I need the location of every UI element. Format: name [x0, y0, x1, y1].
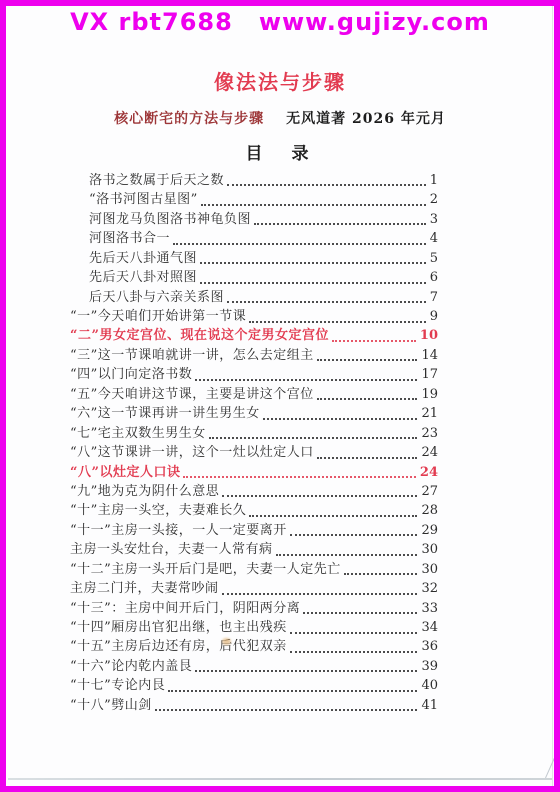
toc-row: “洛书河图古星图” 2	[70, 190, 438, 209]
toc-row: “十四”厢房出官犯出继，也主出残疾 34	[70, 618, 438, 637]
toc-row: “八”以灶定人口诀 24	[70, 463, 438, 482]
page-title: 像法法与步骤	[6, 66, 554, 95]
dot-leader	[209, 437, 418, 439]
toc-entry-label: “洛书河图古星图”	[89, 190, 198, 209]
toc-row: “三”这一节课咱就讲一讲，怎么去定组主 14	[70, 346, 438, 365]
dot-leader	[317, 398, 418, 400]
toc-entry-label: “五”今天咱讲这节课，主要是讲这个宫位	[70, 385, 314, 404]
dot-leader	[290, 534, 418, 536]
toc-row: “九”地为克为阴什么意思 27	[70, 482, 438, 501]
toc-row: “五”今天咱讲这节课，主要是讲这个宫位 19	[70, 385, 438, 404]
toc-entry-page: 4	[430, 229, 438, 248]
dot-leader	[276, 554, 418, 556]
toc-entry-page: 30	[421, 560, 438, 579]
toc-entry-page: 30	[421, 540, 438, 559]
toc-entry-label: “十一”主房一头接，一人一定要离开	[70, 521, 287, 540]
dot-leader	[155, 709, 418, 711]
toc-entry-label: “一”今天咱们开始讲第一节课	[70, 307, 246, 326]
dot-leader	[344, 573, 418, 575]
dot-leader	[317, 457, 418, 459]
toc-entry-label: 先后天八卦通气图	[89, 249, 197, 268]
toc-row: “四”以门向定洛书数 17	[70, 365, 438, 384]
toc-entry-page: 33	[421, 599, 438, 618]
scanned-page: { "watermark": { "prefix": "VX rbt7688",…	[0, 0, 560, 792]
toc-row: “一”今天咱们开始讲第一节课 9	[70, 307, 438, 326]
toc-entry-page: 10	[420, 326, 438, 345]
dot-leader	[290, 632, 418, 634]
toc-entry-label: 主房一头安灶台，夫妻一人常有病	[70, 540, 273, 559]
dot-leader	[195, 670, 417, 672]
dot-leader	[317, 359, 418, 361]
toc-entry-label: “三”这一节课咱就讲一讲，怎么去定组主	[70, 346, 314, 365]
toc-entry-page: 24	[421, 443, 438, 462]
toc-entry-label: “九”地为克为阴什么意思	[70, 482, 219, 501]
toc-row: “十五”主房后边还有房，后代犯双亲 36	[70, 638, 438, 657]
toc-row: 河图洛书合一 4	[70, 229, 438, 248]
toc-heading: 目 录	[6, 139, 554, 164]
toc-entry-page: 39	[421, 657, 438, 676]
toc-row: “八”这节课讲一讲，这个一灶以灶定人口 24	[70, 443, 438, 462]
scan-smudge	[222, 638, 231, 645]
toc-entry-page: 9	[430, 307, 438, 326]
toc-row: “二”男女定宫位、现在说这个定男女定宫位 10	[70, 327, 438, 346]
watermark-vx-id: VX rbt7688	[70, 8, 233, 36]
toc-entry-label: “十二”主房一头开后门是吧，夫妻一人定先亡	[70, 560, 341, 579]
toc-row: “十一”主房一头接，一人一定要离开 29	[70, 521, 438, 540]
toc-entry-page: 6	[430, 268, 438, 287]
toc-entry-page: 23	[421, 424, 438, 443]
toc-entry-page: 21	[421, 404, 438, 423]
toc-entry-page: 40	[421, 676, 438, 695]
toc-row: “十八”劈山剑 41	[70, 696, 438, 715]
toc-row: 主房一头安灶台，夫妻一人常有病 30	[70, 540, 438, 559]
toc-row: 后天八卦与六亲关系图 7	[70, 288, 438, 307]
toc-entry-label: “十六”论内乾内盖艮	[70, 657, 192, 676]
toc-row: “十七”专论内艮 40	[70, 676, 438, 695]
toc-entry-label: “十八”劈山剑	[70, 696, 152, 715]
toc-row: “十二”主房一头开后门是吧，夫妻一人定先亡 30	[70, 560, 438, 579]
toc-entry-label: “十四”厢房出官犯出继，也主出残疾	[70, 618, 287, 637]
dot-leader	[303, 612, 417, 614]
dot-leader	[201, 204, 426, 206]
dot-leader	[263, 418, 418, 420]
toc-entry-page: 17	[421, 365, 438, 384]
toc-entry-page: 1	[430, 171, 438, 190]
toc-list: 洛书之数属于后天之数 1 “洛书河图古星图” 2 河图龙马负图洛书神龟负图 3 …	[70, 171, 438, 715]
toc-row: 先后天八卦通气图 5	[70, 249, 438, 268]
toc-entry-page: 24	[420, 463, 438, 482]
watermark-site-url: www.gujizy.com	[259, 8, 490, 36]
toc-entry-page: 7	[430, 288, 438, 307]
dot-leader	[249, 515, 417, 517]
toc-entry-page: 3	[430, 210, 438, 229]
toc-entry-page: 5	[430, 249, 438, 268]
toc-row: 河图龙马负图洛书神龟负图 3	[70, 210, 438, 229]
dot-leader	[254, 223, 426, 225]
page-bottom-shadow	[8, 778, 552, 780]
toc-entry-page: 32	[421, 579, 438, 598]
toc-entry-page: 2	[430, 190, 438, 209]
toc-entry-label: “六”这一节课再讲一讲生男生女	[70, 404, 260, 423]
dot-leader	[227, 184, 426, 186]
dot-leader	[195, 379, 417, 381]
toc-row: “七”宅主双数生男生女 23	[70, 424, 438, 443]
dot-leader	[173, 243, 426, 245]
toc-entry-label: “八”这节课讲一讲，这个一灶以灶定人口	[70, 443, 314, 462]
watermark-header: VX rbt7688 www.gujizy.com	[6, 8, 554, 36]
page-scan-edge	[552, 6, 553, 786]
toc-row: 洛书之数属于后天之数 1	[70, 171, 438, 190]
toc-entry-label: “八”以灶定人口诀	[70, 463, 180, 482]
toc-entry-page: 28	[421, 501, 438, 520]
toc-entry-label: 先后天八卦对照图	[89, 268, 197, 287]
dot-leader	[200, 282, 426, 284]
toc-entry-page: 19	[421, 385, 438, 404]
toc-entry-label: “十七”专论内艮	[70, 676, 165, 695]
toc-entry-label: 河图洛书合一	[89, 229, 170, 248]
toc-row: 主房二门并，夫妻常吵闹 32	[70, 579, 438, 598]
dot-leader	[249, 321, 425, 323]
dot-leader	[222, 495, 417, 497]
toc-row: “十六”论内乾内盖艮 39	[70, 657, 438, 676]
toc-entry-label: “四”以门向定洛书数	[70, 365, 192, 384]
subtitle-text: 核心断宅的方法与步骤	[114, 108, 264, 128]
toc-entry-label: “二”男女定宫位、现在说这个定男女定宫位	[70, 326, 329, 345]
toc-row: “六”这一节课再讲一讲生男生女 21	[70, 404, 438, 423]
toc-entry-page: 41	[421, 696, 438, 715]
toc-entry-page: 29	[421, 521, 438, 540]
toc-row: 先后天八卦对照图 6	[70, 268, 438, 287]
toc-entry-label: 洛书之数属于后天之数	[89, 171, 224, 190]
toc-entry-page: 27	[421, 482, 438, 501]
dot-leader	[290, 651, 418, 653]
toc-row: “十三”：主房中间开后门，阴阳两分离 33	[70, 599, 438, 618]
toc-entry-page: 14	[421, 346, 438, 365]
dot-leader	[227, 301, 426, 303]
toc-entry-page: 34	[421, 618, 438, 637]
toc-entry-label: “十五”主房后边还有房，后代犯双亲	[70, 637, 287, 656]
toc-entry-label: 后天八卦与六亲关系图	[89, 288, 224, 307]
toc-entry-label: “十三”：主房中间开后门，阴阳两分离	[70, 599, 300, 618]
dot-leader	[332, 340, 416, 342]
dot-leader	[200, 262, 426, 264]
toc-entry-label: 主房二门并，夫妻常吵闹	[70, 579, 219, 598]
dot-leader	[222, 593, 418, 595]
author-date: 无风道著 2026 年元月	[286, 108, 446, 128]
toc-entry-page: 36	[421, 637, 438, 656]
toc-entry-label: “十”主房一头空，夫妻难长久	[70, 501, 246, 520]
toc-entry-label: “七”宅主双数生男生女	[70, 424, 206, 443]
subtitle-row: 核心断宅的方法与步骤 无风道著 2026 年元月	[6, 108, 554, 128]
dot-leader	[183, 476, 415, 478]
dot-leader	[168, 690, 417, 692]
toc-entry-label: 河图龙马负图洛书神龟负图	[89, 210, 251, 229]
toc-row: “十”主房一头空，夫妻难长久 28	[70, 501, 438, 520]
